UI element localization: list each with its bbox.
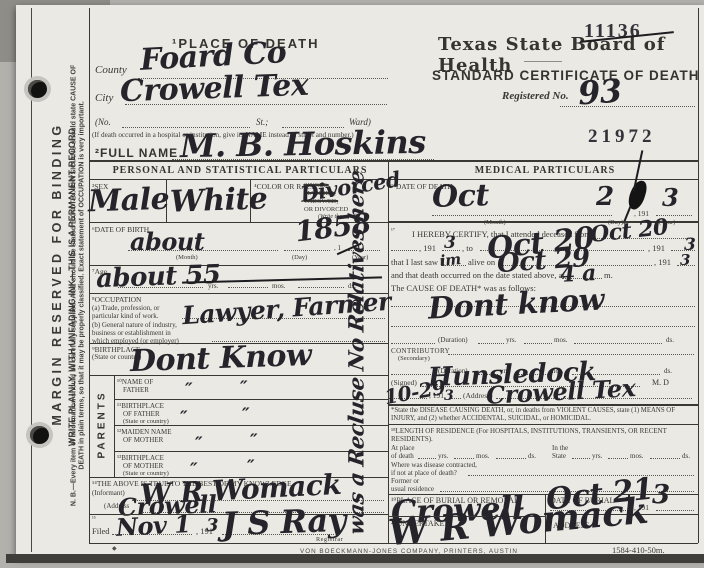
- mother-birthplace-label: ¹³BIRTHPLACE: [117, 454, 164, 462]
- res-state-mos: mos.: [630, 452, 643, 460]
- him-scribble-handwritten: im: [439, 252, 461, 269]
- personal-section-title: PERSONAL AND STATISTICAL PARTICULARS: [100, 165, 380, 176]
- medical-section-title: MEDICAL PARTICULARS: [420, 165, 670, 176]
- filed-label: Filed: [92, 526, 109, 536]
- dod-month-handwritten: Oct: [431, 181, 489, 213]
- registered-no-label: Registered No.: [502, 90, 569, 102]
- recluse-vertical-note-handwritten: was a Recluse No Relatives here: [346, 193, 367, 536]
- dotted-line: [391, 250, 417, 251]
- res-ds: ds.: [528, 452, 536, 460]
- registered-no-handwritten: 93: [577, 75, 623, 110]
- printer-ornament-icon: ◆: [112, 545, 117, 552]
- form-left-border: [89, 8, 90, 543]
- standard-certificate-title: STANDARD CERTIFICATE OF DEATH: [432, 68, 700, 83]
- dotted-line: [448, 354, 694, 355]
- duration-yrs: yrs.: [506, 336, 516, 344]
- state-label: State: [552, 452, 566, 460]
- city-handwritten: Crowell Tex: [120, 71, 309, 108]
- last-saw-191: , 191: [654, 257, 671, 267]
- dotted-line: [391, 343, 435, 344]
- sex-handwritten: Male: [88, 185, 170, 218]
- dotted-line: [650, 458, 680, 459]
- mother-maiden-label2: OF MOTHER: [123, 436, 163, 444]
- dod-day-handwritten: 2: [596, 184, 614, 210]
- certify-sup: ¹⁷: [391, 228, 395, 234]
- secondary-label: (Secondary): [398, 355, 430, 362]
- margin-reserved-text: MARGIN RESERVED FOR BINDING: [50, 114, 64, 434]
- former-residence-label: Former or: [391, 477, 419, 485]
- death-occurred-label: and that death occurred on the date stat…: [391, 270, 565, 280]
- dotted-line: [468, 475, 694, 476]
- father-birthplace-ditto: ″: [242, 407, 249, 424]
- father-name-ditto: ″: [240, 380, 247, 397]
- dotted-line: [228, 287, 268, 288]
- duration-mos: mos.: [554, 336, 567, 344]
- full-name-handwritten: M. B. Hoskins: [180, 126, 426, 162]
- form-number: 1584-410-50m.: [612, 545, 665, 555]
- last-saw-label: that I last saw h: [391, 257, 444, 267]
- duration2-ds: ds.: [664, 367, 672, 375]
- printer-imprint: VON BOECKMANN-JONES COMPANY, PRINTERS, A…: [300, 548, 518, 555]
- death-certificate-scan: MARGIN RESERVED FOR BINDING WRITE PLAINL…: [0, 0, 704, 568]
- full-name-label: ²FULL NAME: [95, 146, 178, 160]
- dotted-line: [572, 458, 590, 459]
- occupation-a-label: (a) Trade, profession, or: [92, 304, 159, 312]
- father-birthplace-sub: (State or country): [123, 418, 169, 425]
- header-divider: [524, 61, 562, 62]
- mother-maiden-label: ¹²MAIDEN NAME: [117, 428, 172, 436]
- age-mos-label: mos.: [272, 282, 285, 290]
- last-saw-year-handwritten: 3: [680, 253, 690, 268]
- dotted-line: [656, 510, 694, 511]
- section-rule: [89, 160, 698, 162]
- occupation-a-label2: particular kind of work.: [92, 312, 158, 320]
- alive-on-label: alive on: [468, 257, 495, 267]
- dotted-line: [432, 215, 612, 216]
- res-mos: mos.: [476, 452, 489, 460]
- parents-vertical-label: PARENTS: [97, 374, 108, 476]
- signed-year-handwritten: 3: [444, 389, 453, 403]
- form-right-border: [698, 8, 699, 543]
- dotted-line: [454, 458, 474, 459]
- dotted-line: [298, 287, 344, 288]
- at-place-label: At place: [391, 444, 415, 452]
- parents-divider: [114, 375, 115, 477]
- dotted-line: [496, 458, 526, 459]
- dotted-line: [608, 458, 628, 459]
- row-rule: [388, 424, 698, 425]
- certify-to-label: , to: [462, 243, 473, 253]
- occupation-b-label2: business or establishment in: [92, 329, 171, 337]
- filed-year-handwritten: 3: [206, 517, 218, 535]
- registrar-signature-handwritten: J S Ray: [221, 504, 346, 540]
- dotted-line: [418, 458, 436, 459]
- contributory-label: CONTRIBUTORY: [391, 347, 450, 355]
- color-race-handwritten: White: [170, 184, 268, 217]
- column-divider: [388, 160, 389, 543]
- father-birthplace-label: ¹¹BIRTHPLACE: [117, 402, 164, 410]
- filed-sup: ¹⁵: [92, 516, 96, 522]
- dod-year-handwritten: 3: [662, 186, 678, 210]
- dotted-line: [284, 250, 330, 251]
- dotted-line: [478, 343, 504, 344]
- street-no-label: (No.: [95, 117, 111, 127]
- scan-bottom-shadow: [6, 554, 704, 563]
- certify-191a: , 191: [419, 243, 436, 253]
- occupation-b-label: (b) General nature of industry,: [92, 321, 177, 329]
- city-label: City: [95, 92, 113, 104]
- father-birthplace-label2: OF FATHER: [123, 410, 160, 418]
- row-rule: [388, 404, 698, 406]
- md-label: M. D: [652, 378, 669, 387]
- father-name-label2: FATHER: [123, 386, 149, 394]
- res-yrs: yrs.: [438, 452, 448, 460]
- father-name-label: ¹⁰NAME OF: [117, 378, 153, 386]
- mother-birthplace-label2: OF MOTHER: [123, 462, 163, 470]
- death-m-label: m.: [604, 270, 613, 280]
- father-name-ditto: ″: [185, 382, 192, 399]
- where-contracted-label2: if not at place of death?: [391, 469, 457, 477]
- duration-label: (Duration): [438, 336, 468, 344]
- certify-191b: , 191: [648, 243, 665, 253]
- res-state-yrs: yrs.: [592, 452, 602, 460]
- dotted-line: [574, 343, 662, 344]
- cause-of-death-handwritten: Dont know: [427, 285, 604, 324]
- duration-ds: ds.: [666, 336, 674, 344]
- binding-hole-top: [28, 80, 47, 98]
- birthplace-handwritten: Dont Know: [130, 341, 312, 377]
- dotted-line: [524, 343, 552, 344]
- from-year-handwritten: 3: [444, 235, 455, 252]
- of-death-label: of death: [391, 452, 414, 460]
- mother-birthplace-sub: (State or country): [123, 470, 169, 477]
- res-state-ds: ds.: [682, 452, 690, 460]
- margin-nb-note: N. B.—Every item of information should b…: [71, 60, 88, 510]
- burial-year-handwritten: 3: [652, 482, 670, 508]
- length-of-residence-label: ¹⁸LENGTH OF RESIDENCE (For HOSPITALS, IN…: [391, 427, 691, 443]
- occupation-label: ⁸OCCUPATION: [92, 295, 141, 304]
- where-contracted-label: Where was disease contracted,: [391, 461, 477, 469]
- mother-maiden-ditto: ″: [250, 433, 257, 450]
- binding-hole-bottom: [30, 426, 49, 444]
- dob-month-handwritten: about: [130, 230, 204, 254]
- cause-footnote: *State the DISEASE CAUSING DEATH, or, in…: [391, 407, 693, 422]
- dob-day-label: (Day): [292, 254, 307, 261]
- filed-date-handwritten: Nov 1: [115, 512, 191, 540]
- in-the-label: In the: [552, 444, 568, 452]
- age-handwritten: about 55: [96, 262, 221, 292]
- serial-stamp-mid: 21972: [588, 126, 656, 148]
